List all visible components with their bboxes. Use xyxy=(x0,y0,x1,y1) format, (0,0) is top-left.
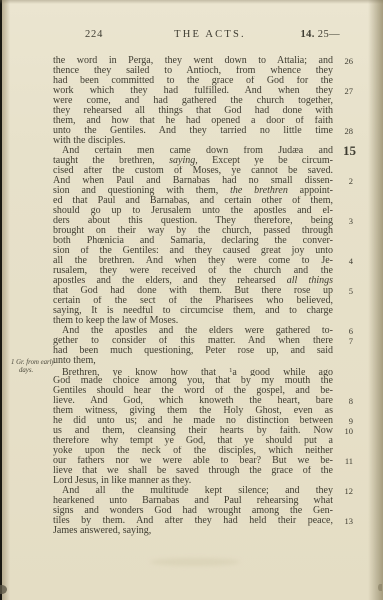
line-text: And when Paul and Barnabas had no small … xyxy=(53,176,333,186)
verse-gutter xyxy=(333,376,357,386)
verse-gutter: 13 xyxy=(333,516,357,526)
verse-gutter xyxy=(333,236,357,246)
text-line: gether to consider of this matter. And w… xyxy=(53,336,357,346)
verse-gutter xyxy=(333,466,357,476)
verse-gutter: 11 xyxy=(333,456,357,466)
paper-smudge xyxy=(150,558,240,566)
text-line: were come, and had gathered the church t… xyxy=(53,96,357,106)
verse-gutter xyxy=(333,496,357,506)
line-text: God made choice among you, that by my mo… xyxy=(53,376,333,386)
line-text: brought on their way by the church, pass… xyxy=(53,226,333,236)
text-line: God made choice among you, that by my mo… xyxy=(53,376,357,386)
verse-gutter xyxy=(333,186,357,196)
italic-text: the brethren xyxy=(230,186,288,196)
verse-gutter xyxy=(333,406,357,416)
line-text: sion of the Gentiles: and they caused gr… xyxy=(53,246,333,256)
text-line: unto them, xyxy=(53,356,357,366)
scan-mark-bottom-right xyxy=(378,584,382,591)
line-text: they rehearsed all things that God had d… xyxy=(53,106,333,116)
line-text: tiles by them. And after they had held t… xyxy=(53,516,333,526)
verse-gutter xyxy=(333,106,357,116)
text-line: all the brethren. And when they were com… xyxy=(53,256,357,266)
line-text: signs and wonders God had wrought among … xyxy=(53,506,333,516)
verse-gutter xyxy=(333,316,357,326)
scan-gutter-shade xyxy=(2,0,10,600)
text-line: brought on their way by the church, pass… xyxy=(53,226,357,236)
verse-number: 3 xyxy=(333,216,357,226)
line-text: he did unto us; and he made no distincti… xyxy=(53,416,333,426)
line-text: And certain men came down from Judæa and xyxy=(53,146,333,156)
text-line: them witness, giving them the Holy Ghost… xyxy=(53,406,357,416)
text-line: certain of the sect of the Pharisees who… xyxy=(53,296,357,306)
verse-number: 4 xyxy=(333,256,357,266)
verse-gutter: 6 xyxy=(333,326,357,336)
verse-gutter xyxy=(333,166,357,176)
line-text: with the disciples. xyxy=(53,136,333,146)
text-line: them to keep the law of Moses. xyxy=(53,316,357,326)
page-header: 224 THE ACTS. 14. 25— xyxy=(0,29,383,43)
line-text: hearkened unto Barnabas and Paul rehears… xyxy=(53,496,333,506)
verse-gutter xyxy=(333,276,357,286)
text-line: saying, It is needful to circumcise them… xyxy=(53,306,357,316)
text-line: yoke upon the neck of the disciples, whi… xyxy=(53,446,357,456)
text-line: should go up to Jerusalem unto the apost… xyxy=(53,206,357,216)
italic-text: saying, xyxy=(169,156,198,166)
text-line: signs and wonders God had wrought among … xyxy=(53,506,357,516)
line-text: work which they had fulfilled. And when … xyxy=(53,86,333,96)
line-text: unto the Gentiles. And they tarried no l… xyxy=(53,126,333,136)
text-line: unto the Gentiles. And they tarried no l… xyxy=(53,126,357,136)
verse-number: 27 xyxy=(333,86,357,96)
line-text: ders about this question. They therefore… xyxy=(53,216,333,226)
text-line: lieve. And God, which knoweth the heart,… xyxy=(53,396,357,406)
line-text: ed that Paul and Barnabas, and certain o… xyxy=(53,196,333,206)
verse-number: 12 xyxy=(333,486,357,496)
line-text: James answered, saying, xyxy=(53,526,333,536)
verse-gutter xyxy=(333,156,357,166)
line-text: us and them, cleansing their hearts by f… xyxy=(53,426,333,436)
verse-number: 10 xyxy=(333,426,357,436)
line-text: unto them, xyxy=(53,356,333,366)
margin-footnote-line: days. xyxy=(11,367,59,375)
verse-gutter: 4 xyxy=(333,256,357,266)
line-text: lieve that we shall be saved through the… xyxy=(53,466,333,476)
italic-text: all things xyxy=(287,276,333,286)
verse-gutter: 8 xyxy=(333,396,357,406)
margin-footnote-line: 1 Gr. from early xyxy=(11,359,59,367)
verse-gutter xyxy=(333,446,357,456)
line-text: them, and how that he had opened a door … xyxy=(53,116,333,126)
verse-gutter xyxy=(333,246,357,256)
text-line: lieve that we shall be saved through the… xyxy=(53,466,357,476)
text-line: And certain men came down from Judæa and… xyxy=(53,146,357,156)
verse-gutter xyxy=(333,386,357,396)
verse-number: 11 xyxy=(333,456,357,466)
verse-number: 13 xyxy=(333,516,357,526)
line-text: therefore why tempt ye God, that ye shou… xyxy=(53,436,333,446)
text-line: tiles by them. And after they had held t… xyxy=(53,516,357,526)
verse-gutter: 26 xyxy=(333,56,357,66)
line-text: thence they sailed to Antioch, from when… xyxy=(53,66,333,76)
text-line: our fathers nor we were able to bear? Bu… xyxy=(53,456,357,466)
text-line: both Phœnicia and Samaria, declaring the… xyxy=(53,236,357,246)
line-text: And all the multitude kept silence; and … xyxy=(53,486,333,496)
verse-gutter: 10 xyxy=(333,426,357,436)
verse-gutter xyxy=(333,206,357,216)
line-text: had been committed to the grace of God f… xyxy=(53,76,333,86)
text-line: work which they had fulfilled. And when … xyxy=(53,86,357,96)
text-line: had been committed to the grace of God f… xyxy=(53,76,357,86)
text-line: sion and questioning with them, the bret… xyxy=(53,186,357,196)
line-text: Brethren, ye know how that 1a good while… xyxy=(53,366,333,376)
line-text: both Phœnicia and Samaria, declaring the… xyxy=(53,236,333,246)
text-line: James answered, saying, xyxy=(53,526,357,536)
line-text: the word in Perga, they went down to Att… xyxy=(53,56,333,66)
text-line: cised after the custom of Moses, ye cann… xyxy=(53,166,357,176)
line-text: lieve. And God, which knoweth the heart,… xyxy=(53,396,333,406)
text-line: Brethren, ye know how that 1a good while… xyxy=(53,366,357,376)
verse-gutter xyxy=(333,196,357,206)
verse-gutter: 15 xyxy=(333,146,357,156)
text-line: And all the multitude kept silence; and … xyxy=(53,486,357,496)
header-verse-range: 25— xyxy=(315,29,340,40)
header-verse-reference: 14. 25— xyxy=(300,29,340,40)
verse-gutter xyxy=(333,306,357,316)
text-line: sion of the Gentiles: and they caused gr… xyxy=(53,246,357,256)
line-text: rusalem, they were received of the churc… xyxy=(53,266,333,276)
text-line: And when Paul and Barnabas had no small … xyxy=(53,176,357,186)
line-text: yoke upon the neck of the disciples, whi… xyxy=(53,446,333,456)
running-title: THE ACTS. xyxy=(150,29,270,40)
line-text: gether to consider of this matter. And w… xyxy=(53,336,333,346)
line-text: were come, and had gathered the church t… xyxy=(53,96,333,106)
verse-gutter xyxy=(333,526,357,536)
text-line: Gentiles should hear the word of the gos… xyxy=(53,386,357,396)
verse-number: 7 xyxy=(333,336,357,346)
text-line: them, and how that he had opened a door … xyxy=(53,116,357,126)
line-text: that God had done with them. But there r… xyxy=(53,286,333,296)
text-line: thence they sailed to Antioch, from when… xyxy=(53,66,357,76)
text-line: the word in Perga, they went down to Att… xyxy=(53,56,357,66)
text-line: he did unto us; and he made no distincti… xyxy=(53,416,357,426)
verse-gutter xyxy=(333,356,357,366)
scan-edge-top xyxy=(0,0,383,4)
text-line: rusalem, they were received of the churc… xyxy=(53,266,357,276)
text-line: ders about this question. They therefore… xyxy=(53,216,357,226)
verse-gutter xyxy=(333,66,357,76)
verse-gutter xyxy=(333,476,357,486)
line-text: cised after the custom of Moses, ye cann… xyxy=(53,166,333,176)
verse-gutter xyxy=(333,226,357,236)
line-text: them to keep the law of Moses. xyxy=(53,316,333,326)
line-text: should go up to Jerusalem unto the apost… xyxy=(53,206,333,216)
line-text: apostles and the elders, and they rehear… xyxy=(53,276,333,286)
chapter-number: 15 xyxy=(333,146,357,156)
verse-number: 5 xyxy=(333,286,357,296)
text-line: hearkened unto Barnabas and Paul rehears… xyxy=(53,496,357,506)
verse-number: 2 xyxy=(333,176,357,186)
line-text: them witness, giving them the Holy Ghost… xyxy=(53,406,333,416)
text-line: apostles and the elders, and they rehear… xyxy=(53,276,357,286)
verse-gutter xyxy=(333,116,357,126)
line-text: Lord Jesus, in like manner as they. xyxy=(53,476,333,486)
text-line: Lord Jesus, in like manner as they. xyxy=(53,476,357,486)
text-column: the word in Perga, they went down to Att… xyxy=(53,56,357,536)
line-text: sion and questioning with them, the bret… xyxy=(53,186,333,196)
verse-gutter xyxy=(333,76,357,86)
header-chapter-number: 14. xyxy=(300,29,314,40)
verse-gutter xyxy=(333,266,357,276)
verse-number: 9 xyxy=(333,416,357,426)
verse-gutter xyxy=(333,366,357,376)
text-line: with the disciples. xyxy=(53,136,357,146)
verse-gutter: 2 xyxy=(333,176,357,186)
scan-edge-right xyxy=(368,0,383,600)
line-text: all the brethren. And when they were com… xyxy=(53,256,333,266)
verse-gutter: 12 xyxy=(333,486,357,496)
text-line: that God had done with them. But there r… xyxy=(53,286,357,296)
verse-gutter: 5 xyxy=(333,286,357,296)
text-line: ed that Paul and Barnabas, and certain o… xyxy=(53,196,357,206)
verse-gutter: 28 xyxy=(333,126,357,136)
page-number: 224 xyxy=(85,29,103,40)
line-text: And the apostles and the elders were gat… xyxy=(53,326,333,336)
line-text: Gentiles should hear the word of the gos… xyxy=(53,386,333,396)
verse-gutter: 7 xyxy=(333,336,357,346)
text-line: therefore why tempt ye God, that ye shou… xyxy=(53,436,357,446)
text-line: they rehearsed all things that God had d… xyxy=(53,106,357,116)
line-text: saying, It is needful to circumcise them… xyxy=(53,306,333,316)
text-line: taught the brethren, saying, Except ye b… xyxy=(53,156,357,166)
verse-gutter: 27 xyxy=(333,86,357,96)
verse-gutter xyxy=(333,346,357,356)
text-line: us and them, cleansing their hearts by f… xyxy=(53,426,357,436)
verse-number: 28 xyxy=(333,126,357,136)
verse-gutter xyxy=(333,436,357,446)
verse-number: 6 xyxy=(333,326,357,336)
margin-footnote: 1 Gr. from early days. xyxy=(11,359,59,374)
verse-gutter xyxy=(333,296,357,306)
line-text: had been much questioning, Peter rose up… xyxy=(53,346,333,356)
text-line: And the apostles and the elders were gat… xyxy=(53,326,357,336)
line-text: certain of the sect of the Pharisees who… xyxy=(53,296,333,306)
line-text: our fathers nor we were able to bear? Bu… xyxy=(53,456,333,466)
text-line: had been much questioning, Peter rose up… xyxy=(53,346,357,356)
line-text: taught the brethren, saying, Except ye b… xyxy=(53,156,333,166)
verse-number: 8 xyxy=(333,396,357,406)
verse-number: 26 xyxy=(333,56,357,66)
verse-gutter xyxy=(333,506,357,516)
verse-gutter xyxy=(333,96,357,106)
verse-gutter: 3 xyxy=(333,216,357,226)
verse-gutter: 9 xyxy=(333,416,357,426)
